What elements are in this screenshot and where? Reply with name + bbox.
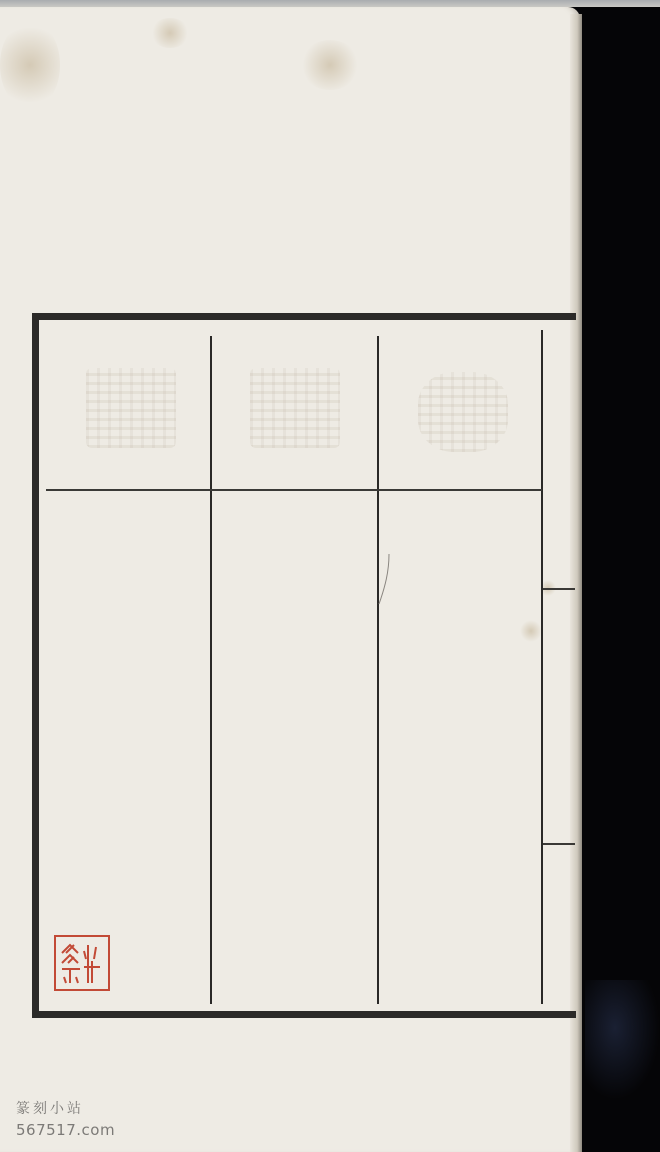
watermark: 篆刻小站 567517.com bbox=[16, 1100, 115, 1140]
red-seal-stamp bbox=[54, 935, 110, 991]
top-edge-strip bbox=[0, 0, 660, 7]
background-blur bbox=[585, 980, 660, 1100]
seal-glyph-icon bbox=[56, 937, 108, 989]
watermark-title: 篆刻小站 bbox=[16, 1100, 115, 1118]
foxing-stain bbox=[0, 20, 60, 110]
margin-divider bbox=[543, 843, 575, 845]
ghost-character bbox=[250, 368, 340, 448]
ghost-character bbox=[86, 368, 176, 448]
column-divider bbox=[210, 336, 212, 1004]
watermark-url: 567517.com bbox=[16, 1120, 115, 1140]
header-row-divider bbox=[46, 489, 542, 491]
margin-divider bbox=[543, 588, 575, 590]
column-divider bbox=[541, 330, 543, 1004]
foxing-stain bbox=[300, 40, 360, 90]
stray-pen-mark bbox=[377, 552, 393, 612]
foxing-stain bbox=[150, 18, 190, 48]
ghost-character bbox=[418, 372, 508, 452]
column-divider bbox=[377, 336, 379, 1004]
